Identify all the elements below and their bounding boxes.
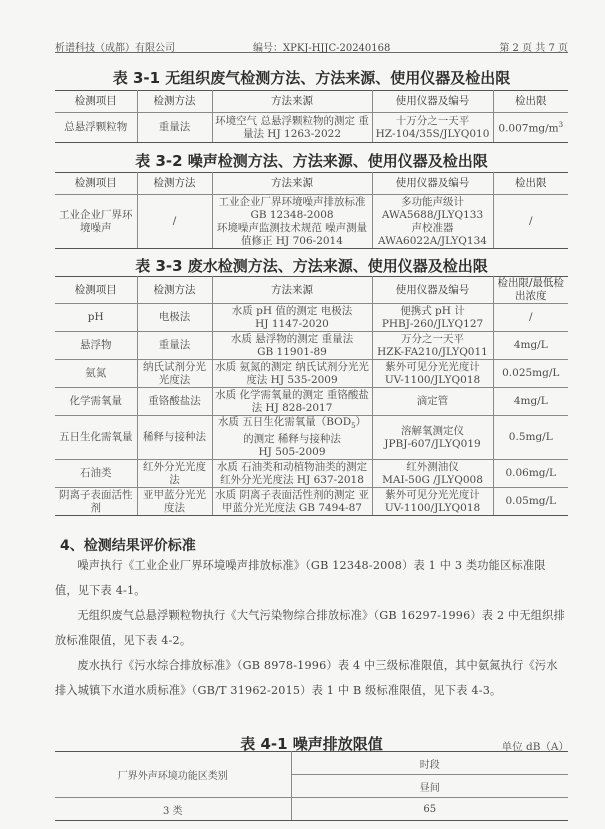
column-header: 检出限	[493, 91, 568, 113]
instrument-cell: 多功能声级计 AWA5688/JLYQ133 声校准器 AWA6022A/JLY…	[372, 195, 493, 249]
instrument-cell: 万分之一天平HZK-FA210/JLYQ011	[372, 332, 493, 360]
limit-cell: 0.05mg/L	[493, 488, 568, 516]
source-cell: 水质 氨氮的测定 纳氏试剂分光光度法 HJ 535-2009	[212, 360, 372, 388]
page-header: 析谱科技（成都）有限公司 编号：XPKJ-HJJC-20240168 第 2 页…	[55, 34, 568, 53]
method-cell: 亚甲蓝分光光度法	[137, 488, 212, 516]
table-3-3: 检测项目 检测方法 方法来源 使用仪器及编号 检出限/最低检出浓度 pH 电极法…	[55, 276, 568, 516]
page-indicator: 第 2 页 共 7 页	[499, 39, 568, 54]
source-cell: 水质 pH 值的测定 电极法HJ 1147-2020	[212, 304, 372, 332]
source-cell: 环境空气 总悬浮颗粒物的测定 重量法 HJ 1263-2022	[212, 113, 372, 143]
table-3-1: 检测项目 检测方法 方法来源 使用仪器及编号 检出限 总悬浮颗粒物 重量法 环境…	[55, 90, 568, 143]
method-cell: /	[137, 195, 212, 249]
method-cell: 红外分光光度法	[137, 460, 212, 488]
column-header: 方法来源	[212, 91, 372, 113]
method-cell: 电极法	[137, 304, 212, 332]
table-row: 3 类 65	[55, 798, 568, 821]
item-cell: 化学需氧量	[55, 388, 137, 416]
table-3-2: 检测项目 检测方法 方法来源 使用仪器及编号 检出限 工业企业厂界环境噪声 / …	[55, 172, 568, 249]
daytime-cell: 65	[291, 798, 568, 821]
column-header: 昼间	[291, 775, 568, 798]
paragraph: 废水执行《污水综合排放标准》（GB 8978-1996）表 4 中三级标准限值，…	[55, 653, 568, 703]
instrument-cell: 紫外可见分光光度计UV-1100/JLYQ018	[372, 360, 493, 388]
column-header: 厂界外声环境功能区类别	[55, 752, 291, 798]
report-number: 编号：XPKJ-HJJC-20240168	[253, 39, 390, 54]
table-row: 总悬浮颗粒物 重量法 环境空气 总悬浮颗粒物的测定 重量法 HJ 1263-20…	[55, 113, 568, 143]
document-page: 析谱科技（成都）有限公司 编号：XPKJ-HJJC-20240168 第 2 页…	[0, 0, 605, 829]
column-header: 检测项目	[55, 91, 137, 113]
table-row: 工业企业厂界环境噪声 / 工业企业厂界环境噪声排放标准 GB 12348-200…	[55, 195, 568, 249]
item-cell: 阴离子表面活性剂	[55, 488, 137, 516]
table-4-1: 厂界外声环境功能区类别 时段 昼间 3 类 65	[55, 751, 568, 821]
column-header: 检测方法	[137, 173, 212, 195]
instrument-cell: 红外测油仪MAI-50G /JLYQ008	[372, 460, 493, 488]
column-header: 方法来源	[212, 173, 372, 195]
limit-cell: 0.025mg/L	[493, 360, 568, 388]
source-cell: 工业企业厂界环境噪声排放标准 GB 12348-2008 环境噪声监测技术规范 …	[212, 195, 372, 249]
column-header: 时段	[291, 752, 568, 775]
category-cell: 3 类	[55, 798, 291, 821]
company-name: 析谱科技（成都）有限公司	[55, 39, 175, 54]
source-cell: 水质 石油类和动植物油类的测定 红外分光光度法 HJ 637-2018	[212, 460, 372, 488]
table-3-1-title: 表 3-1 无组织废气检测方法、方法来源、使用仪器及检出限	[55, 67, 568, 88]
source-cell: 水质 化学需氧量的测定 重铬酸盐法 HJ 828-2017	[212, 388, 372, 416]
instrument-cell: 便携式 pH 计PHBJ-260/JLYQ127	[372, 304, 493, 332]
instrument-cell: 十万分之一天平HZ-104/35S/JLYQ010	[372, 113, 493, 143]
paragraph: 无组织废气总悬浮颗粒物执行《大气污染物综合排放标准》（GB 16297-1996…	[55, 603, 568, 653]
item-cell: pH	[55, 304, 137, 332]
item-cell: 工业企业厂界环境噪声	[55, 195, 137, 249]
instrument-cell: 滴定管	[372, 388, 493, 416]
column-header: 检出限	[493, 173, 568, 195]
table-row: 悬浮物 重量法 水质 悬浮物的测定 重量法GB 11901-89 万分之一天平H…	[55, 332, 568, 360]
table-row: 阴离子表面活性剂 亚甲蓝分光光度法 水质 阴离子表面活性剂的测定 亚甲蓝分光光度…	[55, 488, 568, 516]
limit-cell: 4mg/L	[493, 332, 568, 360]
column-header: 检测项目	[55, 173, 137, 195]
method-cell: 纳氏试剂分光光度法	[137, 360, 212, 388]
source-cell: 水质 悬浮物的测定 重量法GB 11901-89	[212, 332, 372, 360]
limit-cell: 0.06mg/L	[493, 460, 568, 488]
paragraph: 噪声执行《工业企业厂界环境噪声排放标准》（GB 12348-2008）表 1 中…	[55, 553, 568, 603]
limit-cell: 0.007mg/m3	[493, 113, 568, 143]
limit-cell: 0.5mg/L	[493, 416, 568, 460]
instrument-cell: 溶解氧测定仪JPBJ-607/JLYQ019	[372, 416, 493, 460]
method-cell: 重铬酸盐法	[137, 388, 212, 416]
item-cell: 总悬浮颗粒物	[55, 113, 137, 143]
table-row: 化学需氧量 重铬酸盐法 水质 化学需氧量的测定 重铬酸盐法 HJ 828-201…	[55, 388, 568, 416]
source-cell: 水质 阴离子表面活性剂的测定 亚甲蓝分光光度法 GB 7494-87	[212, 488, 372, 516]
limit-cell: 4mg/L	[493, 388, 568, 416]
column-header: 使用仪器及编号	[372, 173, 493, 195]
table-row: 氨氮 纳氏试剂分光光度法 水质 氨氮的测定 纳氏试剂分光光度法 HJ 535-2…	[55, 360, 568, 388]
limit-cell: /	[493, 195, 568, 249]
column-header: 检出限/最低检出浓度	[493, 277, 568, 304]
column-header: 检测项目	[55, 277, 137, 304]
column-header: 使用仪器及编号	[372, 277, 493, 304]
source-cell: 水质 五日生化需氧量（BOD5）的测定 稀释与接种法HJ 505-2009	[212, 416, 372, 460]
method-cell: 重量法	[137, 113, 212, 143]
method-cell: 重量法	[137, 332, 212, 360]
table-3-3-title: 表 3-3 废水检测方法、方法来源、使用仪器及检出限	[55, 255, 568, 276]
instrument-cell: 紫外可见分光光度计UV-1100/JLYQ018	[372, 488, 493, 516]
table-3-2-title: 表 3-2 噪声检测方法、方法来源、使用仪器及检出限	[55, 150, 568, 171]
column-header: 方法来源	[212, 277, 372, 304]
table-row: 五日生化需氧量 稀释与接种法 水质 五日生化需氧量（BOD5）的测定 稀释与接种…	[55, 416, 568, 460]
method-cell: 稀释与接种法	[137, 416, 212, 460]
table-row: pH 电极法 水质 pH 值的测定 电极法HJ 1147-2020 便携式 pH…	[55, 304, 568, 332]
item-cell: 石油类	[55, 460, 137, 488]
section-heading: 4、检测结果评价标准	[60, 535, 196, 555]
column-header: 检测方法	[137, 91, 212, 113]
item-cell: 五日生化需氧量	[55, 416, 137, 460]
limit-cell: /	[493, 304, 568, 332]
column-header: 使用仪器及编号	[372, 91, 493, 113]
column-header: 检测方法	[137, 277, 212, 304]
table-row: 石油类 红外分光光度法 水质 石油类和动植物油类的测定 红外分光光度法 HJ 6…	[55, 460, 568, 488]
item-cell: 悬浮物	[55, 332, 137, 360]
item-cell: 氨氮	[55, 360, 137, 388]
